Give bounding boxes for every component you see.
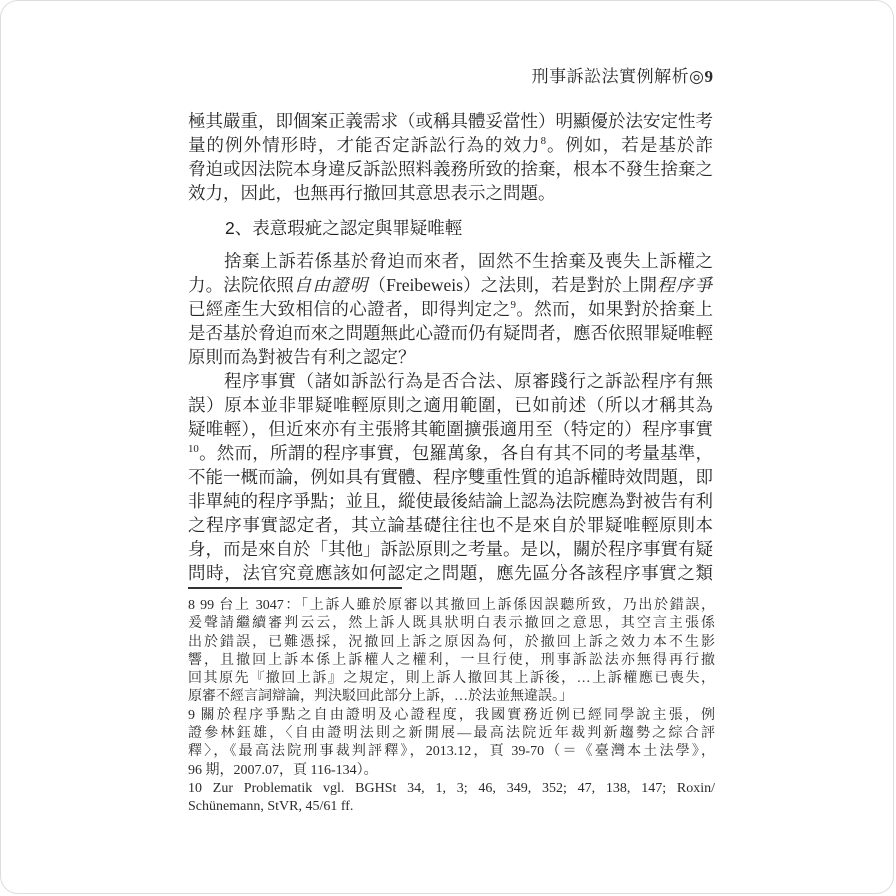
text-run: 疑唯輕），但近來亦有主張將其範圍擴張適用至（特定的）程序事實者 — [188, 419, 713, 441]
text-run: 釋〉，《最高法院刑事裁判評釋》，2013.12，頁 39-70（＝《臺灣本土法學… — [188, 744, 715, 759]
text-line: 問時，法官究竟應該如何認定之問題，應先區分各該程序事實之類型， — [188, 561, 713, 585]
text-line: 身，而是來自於「其他」訴訟原則之考量。是以，關於程序事實有疑 — [188, 537, 713, 561]
text-line: 是否基於脅迫而來之問題無此心證而仍有疑問者，應否依照罪疑唯輕 — [188, 321, 713, 345]
text-line: 脅迫或因法院本身違反訴訟照料義務所致的捨棄，根本不發生捨棄之 — [188, 157, 713, 181]
text-run: 回其原先『撤回上訴』之規定，則上訴人撤回其上訴後，…上訴權應已喪失， — [188, 671, 715, 686]
text-line: 已經產生大致相信的心證者，即得判定之9。然而，如果對於捨棄上訴 — [188, 297, 713, 321]
text-run: 2、表意瑕疵之認定與罪疑唯輕 — [225, 218, 462, 238]
text-line: 2、表意瑕疵之認定與罪疑唯輕 — [225, 216, 713, 240]
footnote-item: 10 Zur Problematik vgl. BGHSt 34, 1, 3; … — [188, 780, 715, 817]
footnote-reference: 10 — [188, 443, 199, 455]
text-run: 量的例外情形時，才能否定訴訟行為的效力 — [188, 135, 541, 155]
text-line: 不能一概而論，例如具有實體、程序雙重性質的追訴權時效問題，即 — [188, 465, 713, 489]
text-line: 出於錯誤，已難憑採，況撤回上訴之原因為何，於撤回上訴之效力本不生影 — [188, 634, 715, 652]
text-run: 出於錯誤，已難憑採，況撤回上訴之原因為何，於撤回上訴之效力本不生影 — [188, 635, 715, 650]
text-line: 原則而為對被告有利之認定？ — [188, 345, 713, 369]
text-line: 疑唯輕），但近來亦有主張將其範圍擴張適用至（特定的）程序事實者 — [188, 417, 713, 441]
text-run: 99 台上 3047：「上訴人雖於原審以其撤回上訴係因誤聽所致，乃出於錯誤， — [195, 598, 715, 613]
text-run: 。然而，所謂的程序事實，包羅萬象，各自有其不同的考量基準， — [199, 443, 713, 463]
text-run: Zur Problematik vgl. BGHSt 34, 1, 3; 46,… — [202, 781, 715, 796]
text-run: 96 期，2007.07，頁 116-134）。 — [188, 763, 378, 778]
text-run: 效力，因此，也無再行撤回其意思表示之問題。 — [188, 183, 556, 203]
footnote-separator — [188, 587, 402, 589]
text-line: 9 關於程序爭點之自由證明及心證程度，我國實務近例已經同學說主張，例 — [188, 707, 715, 725]
text-line: 回其原先『撤回上訴』之規定，則上訴人撤回其上訴後，…上訴權應已喪失， — [188, 670, 715, 688]
footnote-reference: 8 — [188, 598, 195, 613]
text-run: 極其嚴重，即個案正義需求（或稱具體妥當性）明顯優於法安定性考 — [188, 111, 713, 131]
body-text: 極其嚴重，即個案正義需求（或稱具體妥當性）明顯優於法安定性考量的例外情形時，才能… — [188, 109, 713, 585]
text-run: 脅迫或因法院本身違反訴訟照料義務所致的捨棄，根本不發生捨棄之 — [188, 159, 713, 179]
text-run: 證參林鈺雄，〈自由證明法則之新開展—最高法院近年裁判新趨勢之綜合評 — [188, 726, 715, 741]
text-run: （Freibeweis）之法則，若是對於上開 — [368, 275, 657, 295]
text-run: 之程序事實認定者，其立論基礎往往也不是來自於罪疑唯輕原則本 — [188, 515, 713, 535]
text-line: Schünemann, StVR, 45/61 ff. — [188, 798, 715, 816]
footnote-reference: 10 — [188, 781, 202, 796]
text-line: 非單純的程序爭點；並且，縱使最後結論上認為法院應為對被告有利 — [188, 489, 713, 513]
text-run: 非單純的程序爭點；並且，縱使最後結論上認為法院應為對被告有利 — [188, 491, 713, 511]
text-line: 力。法院依照自由證明（Freibeweis）之法則，若是對於上開程序爭點 — [188, 273, 713, 297]
text-line: 之程序事實認定者，其立論基礎往往也不是來自於罪疑唯輕原則本 — [188, 513, 713, 537]
text-line: 原審不經言詞辯論，判決駁回此部分上訴，…於法並無違誤。」 — [188, 688, 715, 706]
header-page-number: 9 — [705, 67, 714, 86]
text-run: 程序事實（諸如訴訟行為是否合法、原審踐行之訴訟程序有無違 — [188, 371, 713, 393]
text-run: 響，且撤回上訴本係上訴權人之權利，一旦行使，刑事訴訟法亦無得再行撤 — [188, 653, 715, 668]
paragraph: 程序事實（諸如訴訟行為是否合法、原審踐行之訴訟程序有無違誤）原本並非罪疑唯輕原則… — [188, 369, 713, 585]
text-line: 爰聲請繼續審判云云，然上訴人既具狀明白表示撤回之意思，其空言主張係 — [188, 615, 715, 633]
text-run: 不能一概而論，例如具有實體、程序雙重性質的追訴權時效問題，即 — [188, 467, 713, 487]
paragraph: 極其嚴重，即個案正義需求（或稱具體妥當性）明顯優於法安定性考量的例外情形時，才能… — [188, 109, 713, 205]
text-line: 量的例外情形時，才能否定訴訟行為的效力8。例如，若是基於詐欺、 — [188, 133, 713, 157]
text-line: 10 Zur Problematik vgl. BGHSt 34, 1, 3; … — [188, 780, 715, 798]
text-line: 效力，因此，也無再行撤回其意思表示之問題。 — [188, 181, 713, 205]
text-run: 原則而為對被告有利之認定？ — [188, 347, 416, 367]
text-run: Schünemann, StVR, 45/61 ff. — [188, 799, 353, 814]
text-run: 捨棄上訴若係基於脅迫而來者，固然不生捨棄及喪失上訴權之效 — [188, 251, 713, 273]
text-line: 8 99 台上 3047：「上訴人雖於原審以其撤回上訴係因誤聽所致，乃出於錯誤， — [188, 597, 715, 615]
text-run: 原審不經言詞辯論，判決駁回此部分上訴，…於法並無違誤。」 — [188, 689, 573, 704]
text-run: 力。法院依照 — [188, 275, 294, 295]
text-run: 身，而是來自於「其他」訴訟原則之考量。是以，關於程序事實有疑 — [188, 539, 713, 559]
text-run: 是否基於脅迫而來之問題無此心證而仍有疑問者，應否依照罪疑唯輕 — [188, 323, 713, 343]
text-line: 證參林鈺雄，〈自由證明法則之新開展—最高法院近年裁判新趨勢之綜合評 — [188, 725, 715, 743]
text-run: 已經產生大致相信的心證者，即得判定之 — [188, 299, 511, 319]
running-header: 刑事訴訟法實例解析◎9 — [188, 67, 713, 87]
text-line: 96 期，2007.07，頁 116-134）。 — [188, 762, 715, 780]
text-line: 程序事實（諸如訴訟行為是否合法、原審踐行之訴訟程序有無違 — [188, 369, 713, 393]
footnote-reference: 9 — [188, 708, 195, 723]
section-heading: 2、表意瑕疵之認定與罪疑唯輕 — [188, 216, 713, 240]
text-run: 問時，法官究竟應該如何認定之問題，應先區分各該程序事實之類型， — [188, 563, 713, 585]
paragraph: 捨棄上訴若係基於脅迫而來者，固然不生捨棄及喪失上訴權之效力。法院依照自由證明（F… — [188, 249, 713, 369]
header-title: 刑事訴訟法實例解析 — [532, 67, 690, 86]
book-page: 刑事訴訟法實例解析◎9 極其嚴重，即個案正義需求（或稱具體妥當性）明顯優於法安定… — [0, 0, 894, 894]
text-line: 釋〉，《最高法院刑事裁判評釋》，2013.12，頁 39-70（＝《臺灣本土法學… — [188, 743, 715, 761]
text-line: 極其嚴重，即個案正義需求（或稱具體妥當性）明顯優於法安定性考 — [188, 109, 713, 133]
emphasis-term: 自由證明 — [294, 275, 369, 295]
text-run: 誤）原本並非罪疑唯輕原則之適用範圍，已如前述（所以才稱其為「罪」 — [188, 395, 713, 417]
text-line: 捨棄上訴若係基於脅迫而來者，固然不生捨棄及喪失上訴權之效 — [188, 249, 713, 273]
text-line: 10。然而，所謂的程序事實，包羅萬象，各自有其不同的考量基準， — [188, 441, 713, 465]
footnote-item: 8 99 台上 3047：「上訴人雖於原審以其撤回上訴係因誤聽所致，乃出於錯誤，… — [188, 597, 715, 707]
footnote-item: 9 關於程序爭點之自由證明及心證程度，我國實務近例已經同學說主張，例證參林鈺雄，… — [188, 707, 715, 780]
footnotes: 8 99 台上 3047：「上訴人雖於原審以其撤回上訴係因誤聽所致，乃出於錯誤，… — [188, 597, 715, 817]
text-run: 爰聲請繼續審判云云，然上訴人既具狀明白表示撤回之意思，其空言主張係 — [188, 616, 715, 631]
text-run: 關於程序爭點之自由證明及心證程度，我國實務近例已經同學說主張，例 — [195, 708, 715, 723]
text-line: 誤）原本並非罪疑唯輕原則之適用範圍，已如前述（所以才稱其為「罪」 — [188, 393, 713, 417]
text-line: 響，且撤回上訴本係上訴權人之權利，一旦行使，刑事訴訟法亦無得再行撤 — [188, 652, 715, 670]
header-separator-icon: ◎ — [689, 67, 704, 86]
